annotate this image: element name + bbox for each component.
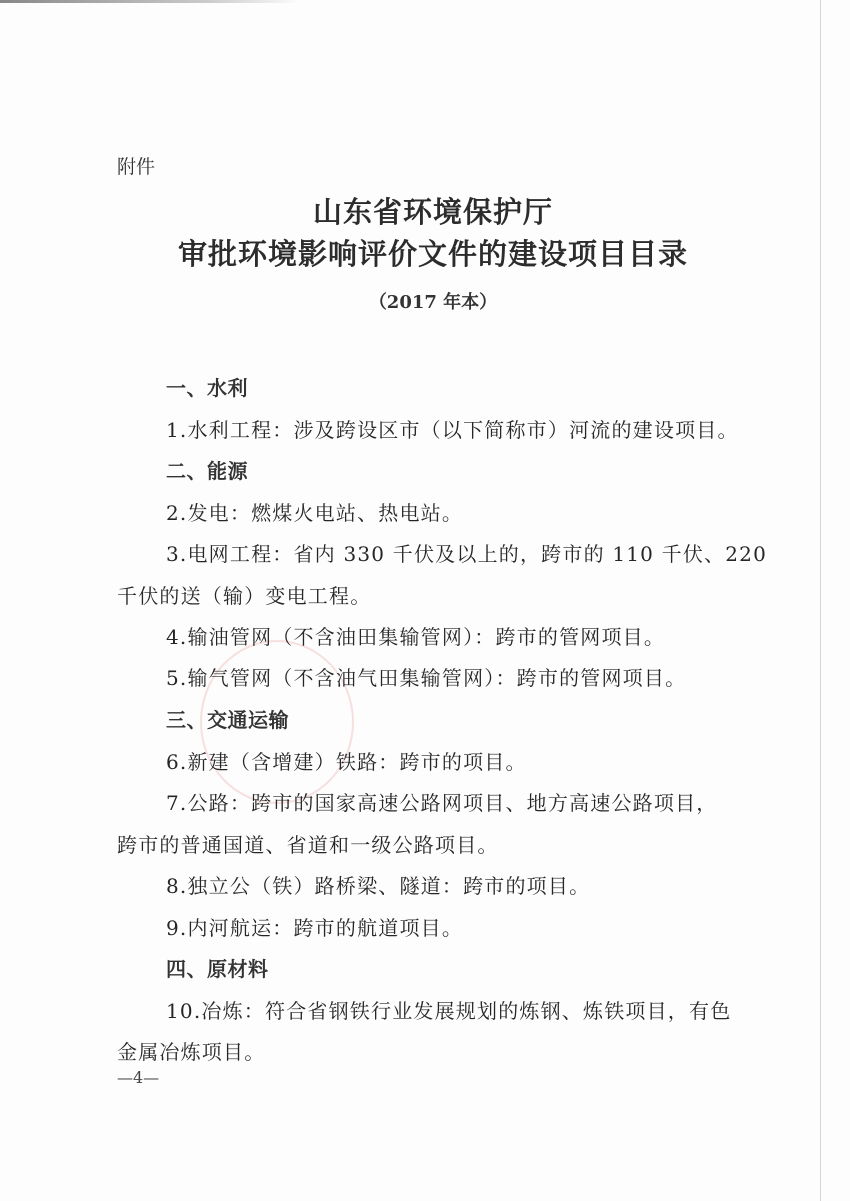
section-heading: 二、能源 xyxy=(166,455,248,484)
list-item: 4.输油管网（不含油田集输管网）：跨市的管网项目。 xyxy=(166,621,665,650)
section-heading: 四、原材料 xyxy=(166,953,269,982)
list-item-continuation: 千伏的送（输）变电工程。 xyxy=(117,580,371,609)
attachment-label: 附件 xyxy=(117,152,155,179)
list-item-continuation: 金属冶炼项目。 xyxy=(117,1036,265,1065)
list-item: 10.冶炼：符合省钢铁行业发展规划的炼钢、炼铁项目，有色 xyxy=(166,995,731,1024)
edition-label: （2017 年本） xyxy=(8,288,850,314)
section-heading: 一、水利 xyxy=(166,372,248,401)
list-item: 6.新建（含增建）铁路：跨市的项目。 xyxy=(166,746,527,775)
list-item-continuation: 跨市的普通国道、省道和一级公路项目。 xyxy=(117,829,499,858)
list-item: 7.公路：跨市的国家高速公路网项目、地方高速公路项目， xyxy=(166,787,717,816)
section-heading: 三、交通运输 xyxy=(166,704,289,733)
list-item: 5.输气管网（不含油气田集输管网）：跨市的管网项目。 xyxy=(166,662,686,691)
scan-edge-shadow xyxy=(0,0,300,3)
page-fold-line xyxy=(820,0,821,1201)
page-number: —4— xyxy=(117,1068,159,1087)
list-item: 3.电网工程：省内 330 千伏及以上的，跨市的 110 千伏、220 xyxy=(166,538,767,567)
list-item: 9.内河航运：跨市的航道项目。 xyxy=(166,912,463,941)
list-item: 8.独立公（铁）路桥梁、隧道：跨市的项目。 xyxy=(166,870,590,899)
list-item: 1.水利工程：涉及跨设区市（以下简称市）河流的建设项目。 xyxy=(166,414,739,443)
document-title-line1: 山东省环境保护厅 xyxy=(8,190,850,231)
list-item: 2.发电：燃煤火电站、热电站。 xyxy=(166,497,463,526)
document-title-line2: 审批环境影响评价文件的建设项目目录 xyxy=(8,232,850,273)
